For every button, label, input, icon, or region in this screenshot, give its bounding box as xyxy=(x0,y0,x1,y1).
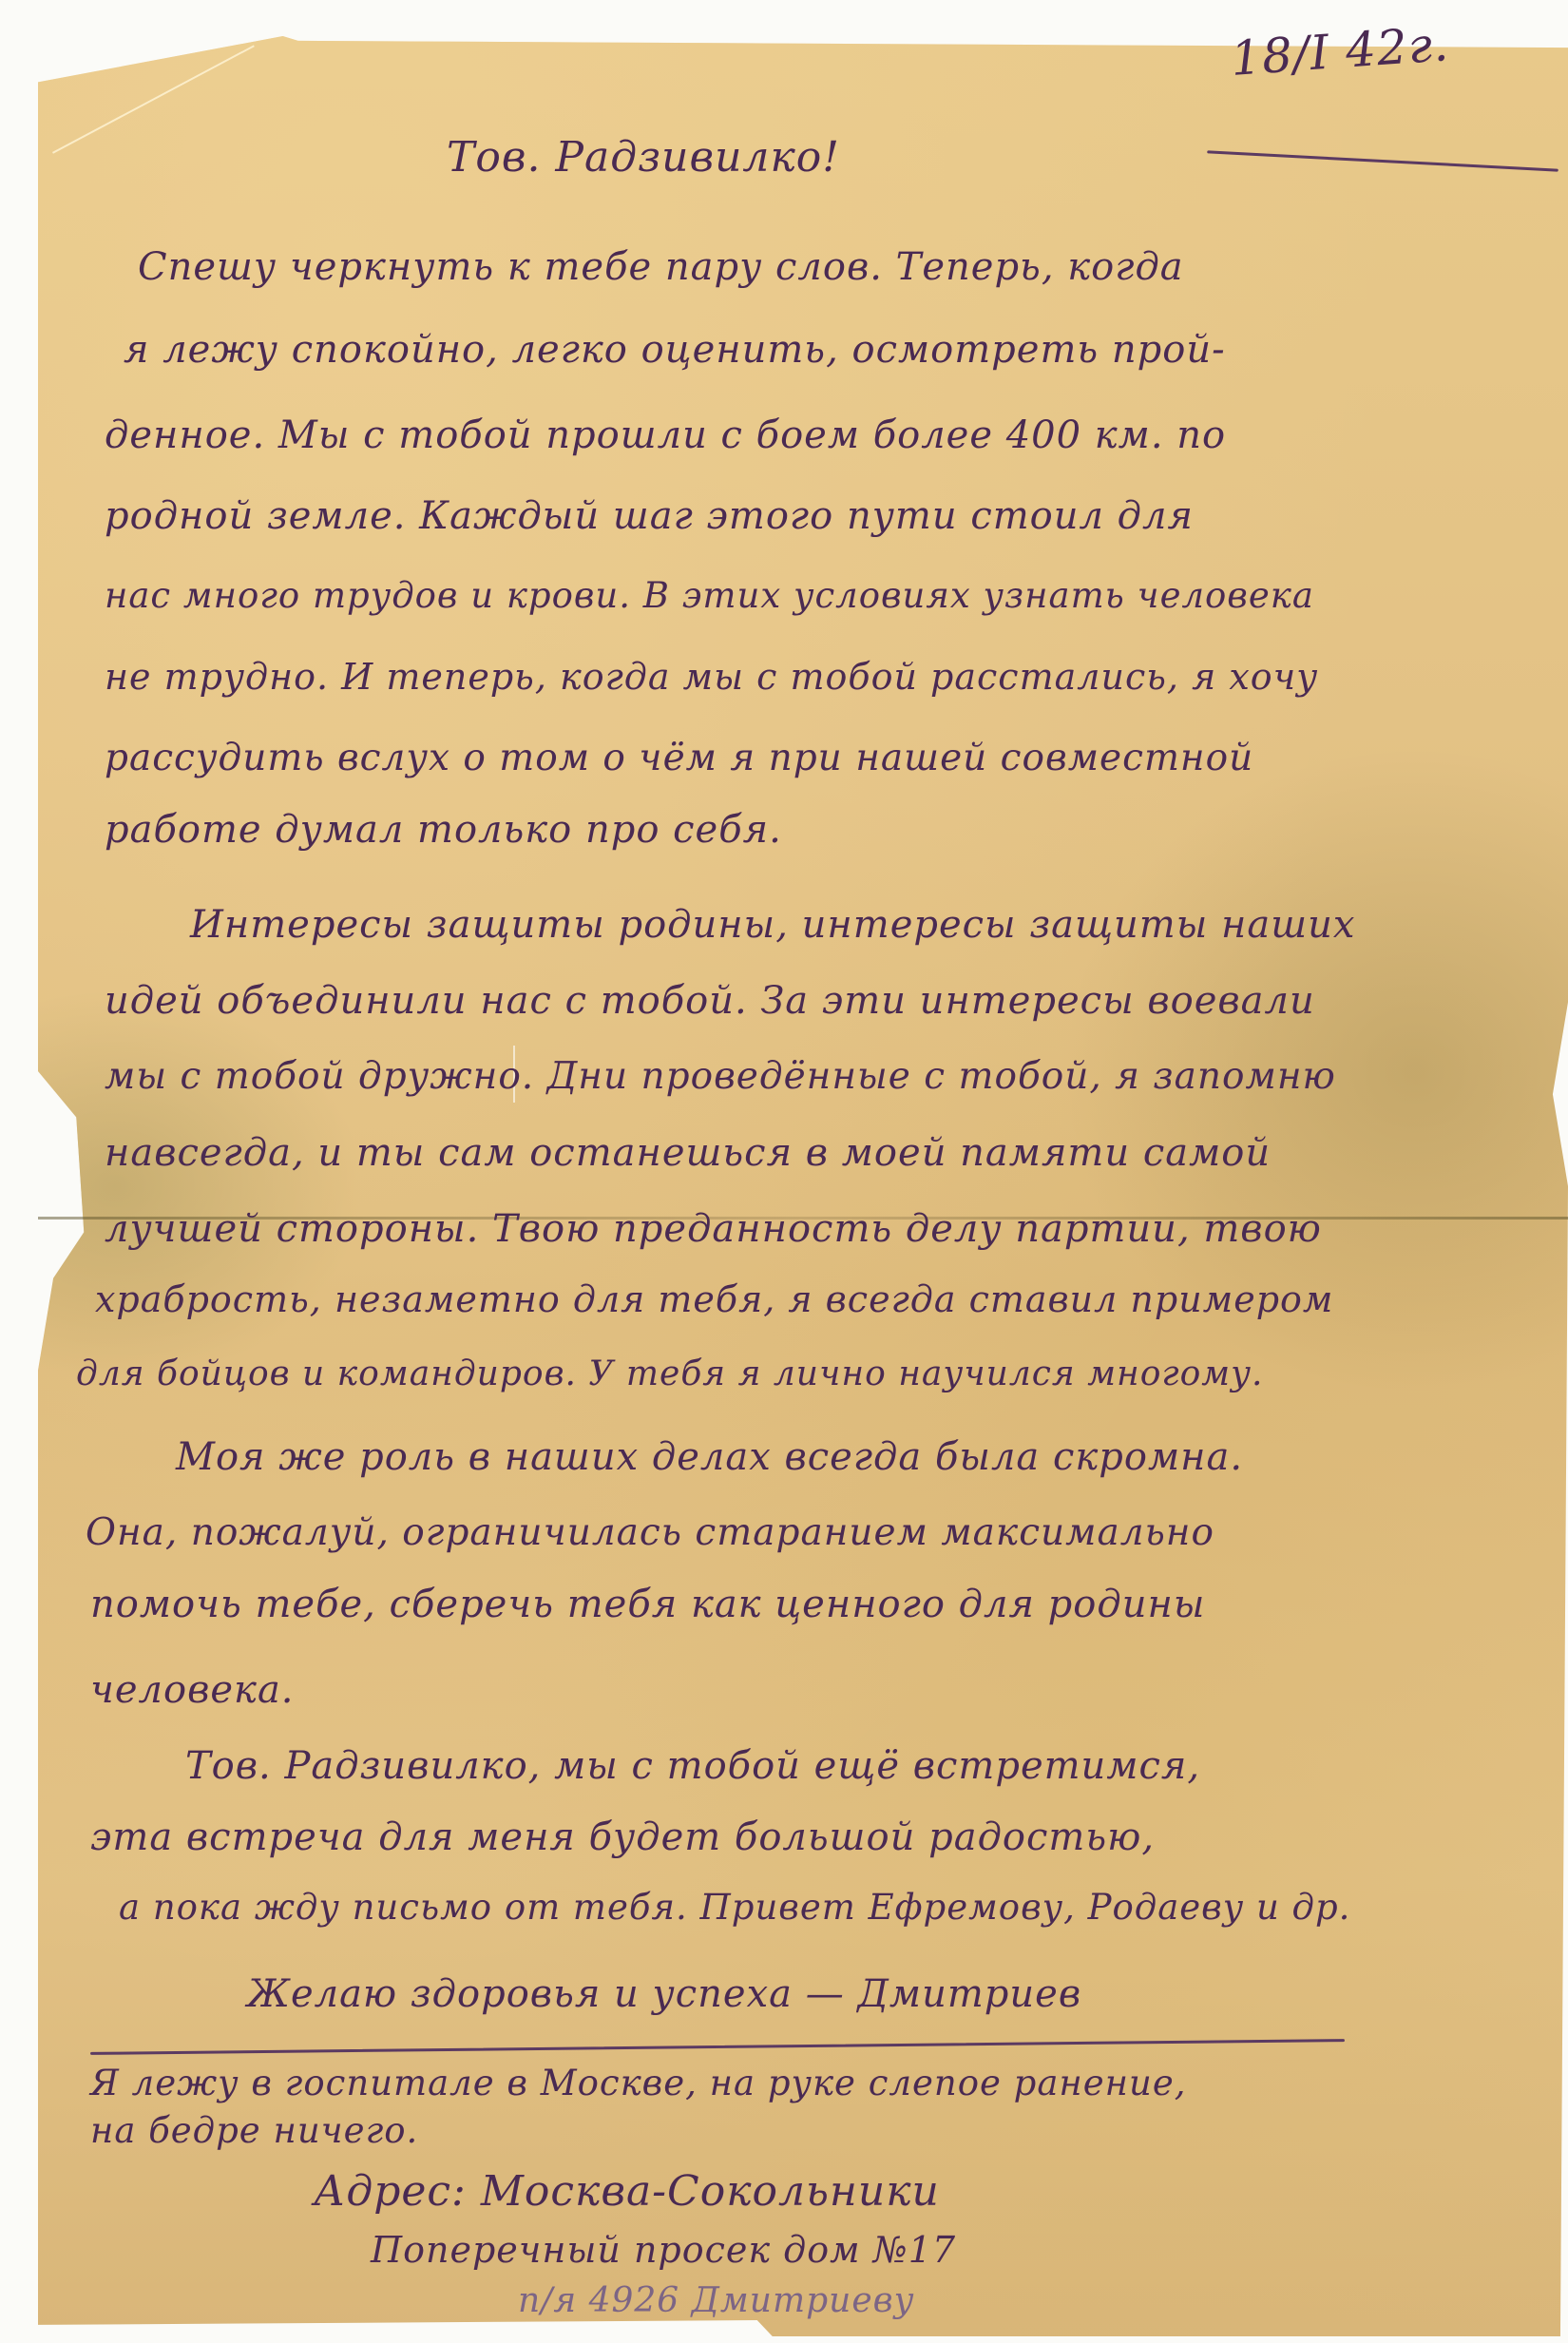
body-line: помочь тебе, сберечь тебя как ценного дл… xyxy=(90,1583,1205,1626)
address-line: Поперечный просек дом №17 xyxy=(371,2229,956,2271)
body-line: человека. xyxy=(90,1668,295,1712)
body-line: Интересы защиты родины, интересы защиты … xyxy=(190,903,1355,947)
closing-signature: Желаю здоровья и успеха — Дмитриев xyxy=(247,1972,1081,2016)
body-line: рассудить вслух о том о чём я при нашей … xyxy=(105,737,1253,779)
body-line: Спешу черкнуть к тебе пару слов. Теперь,… xyxy=(138,245,1184,289)
body-line: нас много трудов и крови. В этих условия… xyxy=(105,575,1314,616)
body-line: я лежу спокойно, легко оценить, осмотрет… xyxy=(124,328,1226,372)
body-line: Моя же роль в наших делах всегда была ск… xyxy=(176,1435,1243,1479)
body-line: Тов. Радзивилко, мы с тобой ещё встретим… xyxy=(185,1744,1200,1788)
body-line: мы с тобой дружно. Дни проведённые с тоб… xyxy=(105,1055,1336,1098)
address-line: п/я 4926 Дмитриеву xyxy=(518,2281,914,2320)
body-line: не трудно. И теперь, когда мы с тобой ра… xyxy=(105,656,1318,698)
body-line: работе думал только про себя. xyxy=(105,808,782,852)
postscript-line: Я лежу в госпитале в Москве, на руке сле… xyxy=(90,2063,1187,2103)
body-line: денное. Мы с тобой прошли с боем более 4… xyxy=(105,413,1226,457)
body-line: лучшей стороны. Твою преданность делу па… xyxy=(105,1207,1322,1251)
body-line: идей объединили нас с тобой. За эти инте… xyxy=(105,979,1315,1023)
body-line: Она, пожалуй, ограничилась старанием мак… xyxy=(86,1511,1214,1554)
body-line: родной земле. Каждый шаг этого пути стои… xyxy=(105,494,1194,538)
body-line: а пока жду письмо от тебя. Привет Ефремо… xyxy=(119,1887,1350,1928)
body-line: для бойцов и командиров. У тебя я лично … xyxy=(76,1354,1263,1393)
body-line: навсегда, и ты сам останешься в моей пам… xyxy=(105,1131,1271,1175)
body-line: храбрость, незаметно для тебя, я всегда … xyxy=(95,1278,1333,1320)
letter-greeting: Тов. Радзивилко! xyxy=(447,133,840,182)
address-line: Адрес: Москва-Сокольники xyxy=(314,2167,940,2216)
postscript-line: на бедре ничего. xyxy=(90,2110,418,2151)
body-line: эта встреча для меня будет большой радос… xyxy=(90,1815,1155,1859)
